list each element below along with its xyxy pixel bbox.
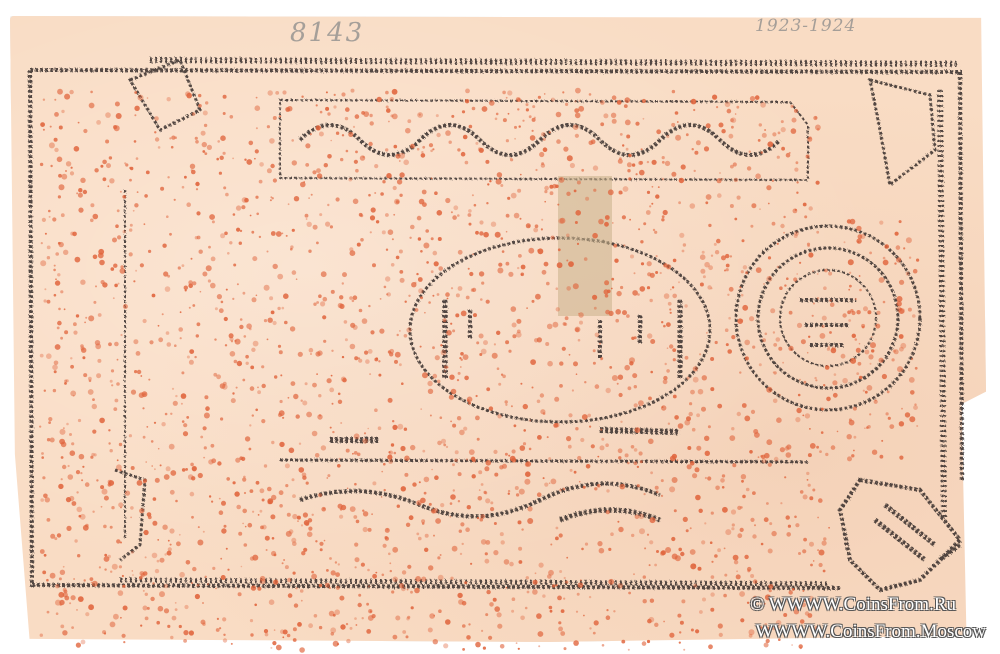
round-seal: [736, 226, 920, 410]
tape-patch: [558, 176, 612, 316]
outer-border: [30, 70, 962, 588]
banknote-print: [0, 0, 1000, 654]
red-speckle-pattern: [39, 88, 919, 653]
handwritten-serial: 8143: [290, 18, 364, 48]
corner-ornament-tr: [870, 80, 935, 185]
handwritten-years: 1923-1924: [755, 16, 856, 36]
watermark-line-1: © WWWW.CoinsFrom.Ru: [750, 594, 956, 616]
watermark-line-2: WWWW.CoinsFrom.Moscow: [756, 621, 986, 643]
